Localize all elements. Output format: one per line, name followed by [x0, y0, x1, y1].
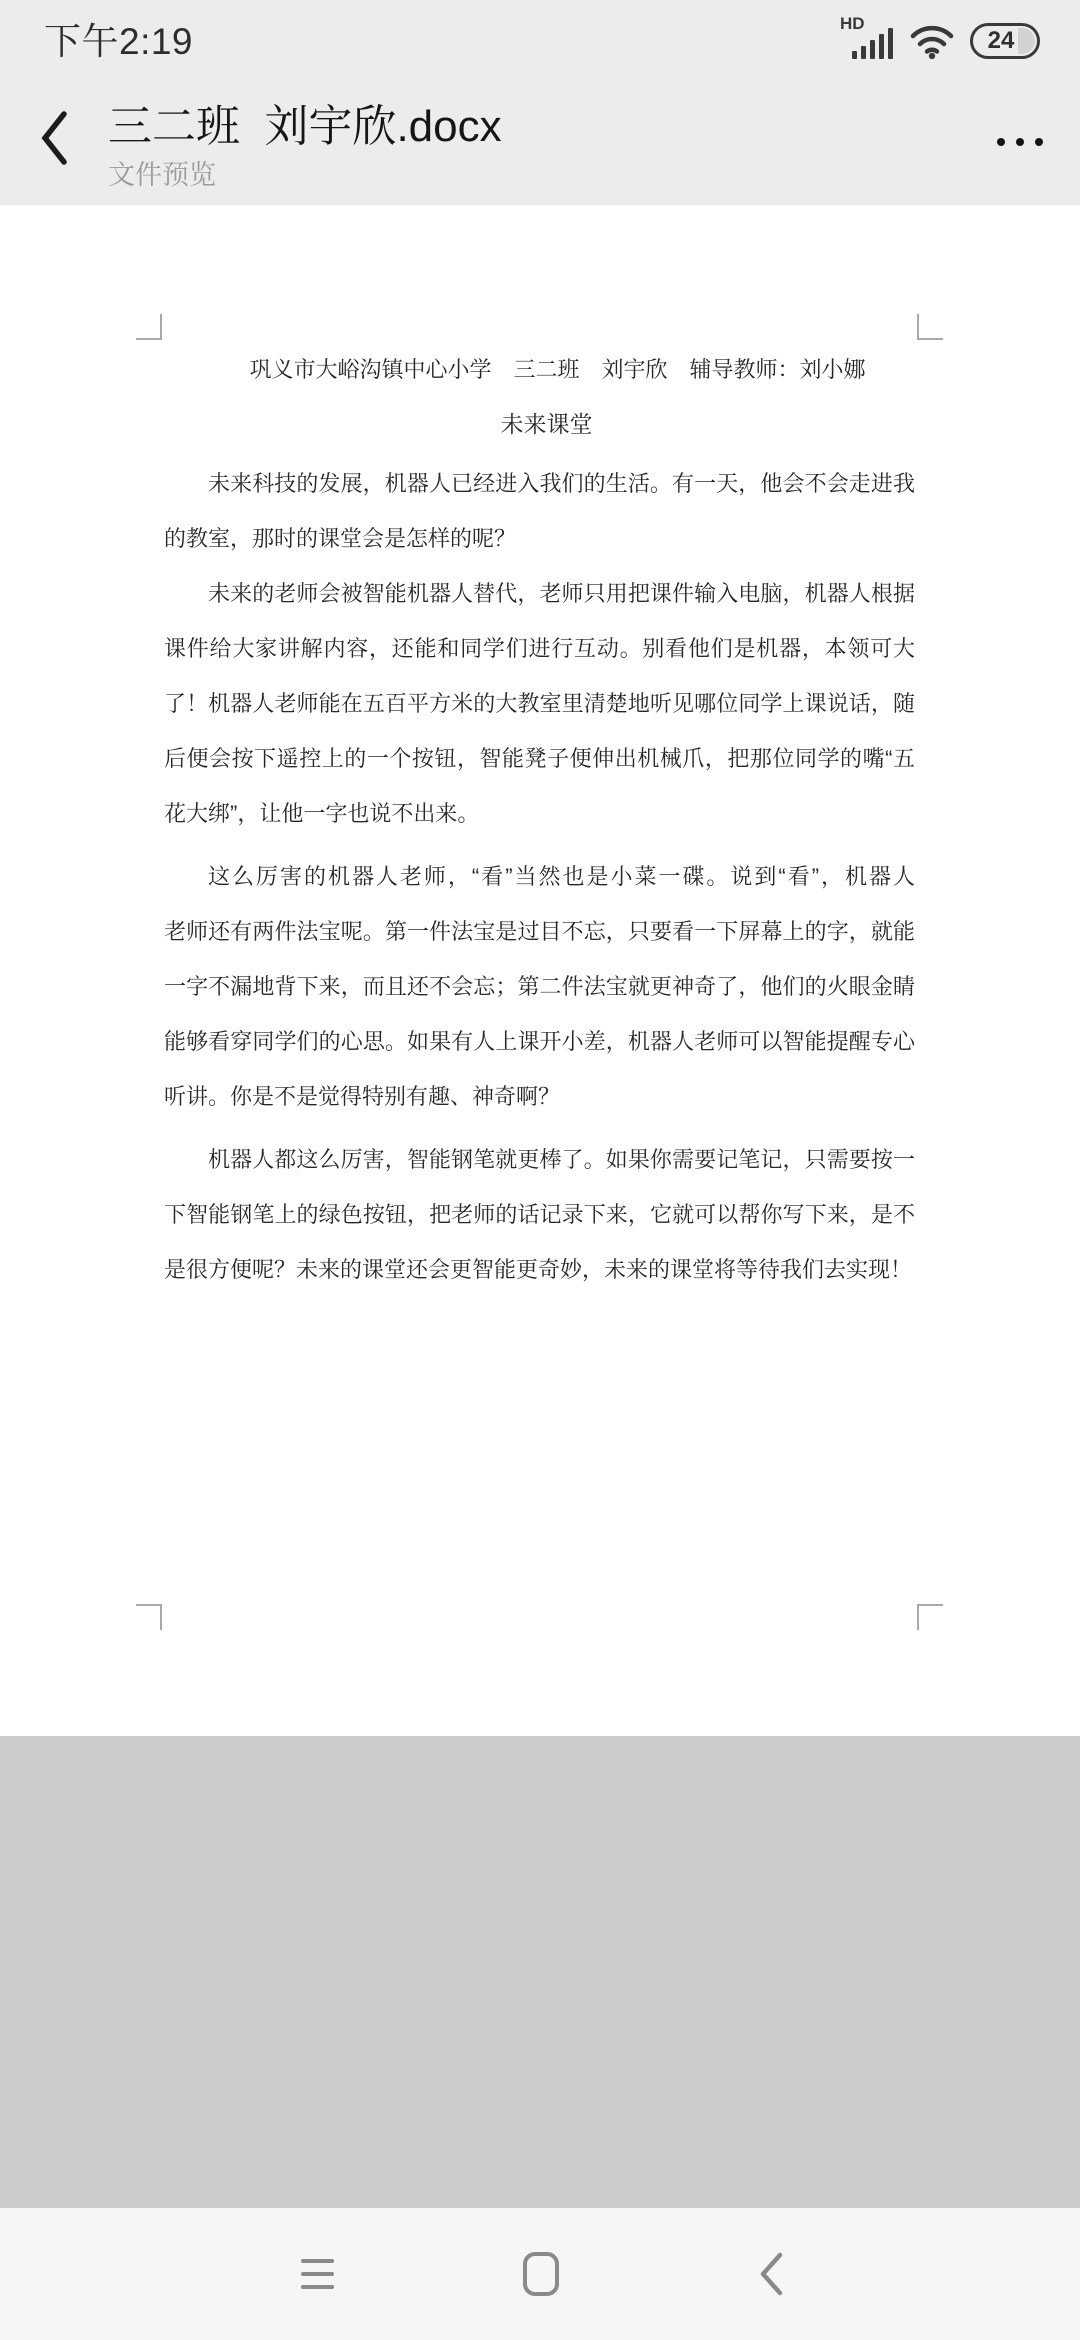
nav-back-icon — [759, 2252, 783, 2296]
home-icon — [523, 2252, 559, 2296]
doc-line: 未来科技的发展，机器人已经进入我们的生活。有一天，他会不会走进我 — [164, 456, 915, 511]
doc-paragraph: 未来科技的发展，机器人已经进入我们的生活。有一天，他会不会走进我 的教室，那时的… — [164, 456, 915, 566]
wifi-icon — [909, 23, 955, 59]
app-header: 三二班 刘宇欣.docx 文件预览 — [0, 70, 1080, 205]
home-button[interactable] — [481, 2208, 601, 2340]
doc-line: 一字不漏地背下来，而且还不会忘；第二件法宝就更神奇了，他们的火眼金睛 — [164, 959, 915, 1014]
cellular-signal-icon: HD — [844, 15, 894, 61]
page-subtitle: 文件预览 — [108, 160, 960, 190]
doc-line: 未来的老师会被智能机器人替代，老师只用把课件输入电脑，机器人根据 — [164, 566, 915, 621]
recents-button[interactable] — [257, 2208, 377, 2340]
overscroll-background — [0, 1736, 1080, 2208]
more-dots-icon — [997, 138, 1043, 146]
recents-icon — [301, 2259, 334, 2289]
doc-line: 老师还有两件法宝呢。第一件法宝是过目不忘，只要看一下屏幕上的字，就能 — [164, 904, 915, 959]
nav-back-button[interactable] — [711, 2208, 831, 2340]
more-menu-button[interactable] — [960, 70, 1080, 205]
doc-paragraph: 这么厉害的机器人老师，“看”当然也是小菜一碟。说到“看”，机器人 老师还有两件法… — [164, 849, 915, 1124]
doc-line: 是很方便呢？未来的课堂还会更智能更奇妙，未来的课堂将等待我们去实现！ — [164, 1242, 915, 1297]
back-button[interactable] — [0, 70, 108, 205]
doc-line: 课件给大家讲解内容，还能和同学们进行互动。别看他们是机器，本领可大 — [164, 621, 915, 676]
signal-bars-icon — [852, 27, 894, 59]
doc-line: 了！机器人老师能在五百平方米的大教室里清楚地听见哪位同学上课说话，随 — [164, 676, 915, 731]
doc-line: 能够看穿同学们的心思。如果有人上课开小差，机器人老师可以智能提醒专心 — [164, 1014, 915, 1069]
doc-line: 听讲。你是不是觉得特别有趣、神奇啊？ — [164, 1069, 915, 1124]
doc-line: 后便会按下遥控上的一个按钮，智能凳子便伸出机械爪，把那位同学的嘴“五 — [164, 731, 915, 786]
doc-line: 的教室，那时的课堂会是怎样的呢？ — [164, 511, 915, 566]
doc-paragraph: 机器人都这么厉害，智能钢笔就更棒了。如果你需要记笔记，只需要按一 下智能钢笔上的… — [164, 1132, 915, 1297]
page-corner-mark-bottom-right — [917, 1604, 943, 1630]
doc-line: 花大绑”，让他一字也说不出来。 — [164, 786, 915, 841]
status-bar: 下午2:19 HD — [0, 0, 1080, 70]
document-preview[interactable]: 巩义市大峪沟镇中心小学 三二班 刘宇欣 辅导教师：刘小娜 未来课堂 未来科技的发… — [0, 205, 1080, 1736]
doc-line: 下智能钢笔上的绿色按钮，把老师的话记录下来，它就可以帮你写下来，是不 — [164, 1187, 915, 1242]
page-corner-mark-bottom-left — [136, 1604, 162, 1630]
phone-screen: 下午2:19 HD — [0, 0, 1080, 2340]
doc-title: 未来课堂 — [164, 397, 915, 452]
battery-fill — [1018, 28, 1035, 54]
header-titles: 三二班 刘宇欣.docx 文件预览 — [108, 70, 960, 190]
doc-paragraph: 未来的老师会被智能机器人替代，老师只用把课件输入电脑，机器人根据 课件给大家讲解… — [164, 566, 915, 841]
back-chevron-icon — [40, 110, 68, 166]
page-corner-mark-top-left — [136, 314, 162, 340]
doc-line: 这么厉害的机器人老师，“看”当然也是小菜一碟。说到“看”，机器人 — [164, 849, 915, 904]
battery-percent: 24 — [988, 27, 1015, 55]
navigation-bar — [0, 2208, 1080, 2340]
doc-line: 机器人都这么厉害，智能钢笔就更棒了。如果你需要记笔记，只需要按一 — [164, 1132, 915, 1187]
doc-heading-line: 巩义市大峪沟镇中心小学 三二班 刘宇欣 辅导教师：刘小娜 — [164, 342, 915, 397]
file-title: 三二班 刘宇欣.docx — [108, 102, 960, 152]
document-text: 巩义市大峪沟镇中心小学 三二班 刘宇欣 辅导教师：刘小娜 未来课堂 未来科技的发… — [164, 342, 915, 1297]
battery-icon: 24 — [970, 23, 1040, 59]
page-corner-mark-top-right — [917, 314, 943, 340]
clock-text: 下午2:19 — [44, 11, 193, 65]
